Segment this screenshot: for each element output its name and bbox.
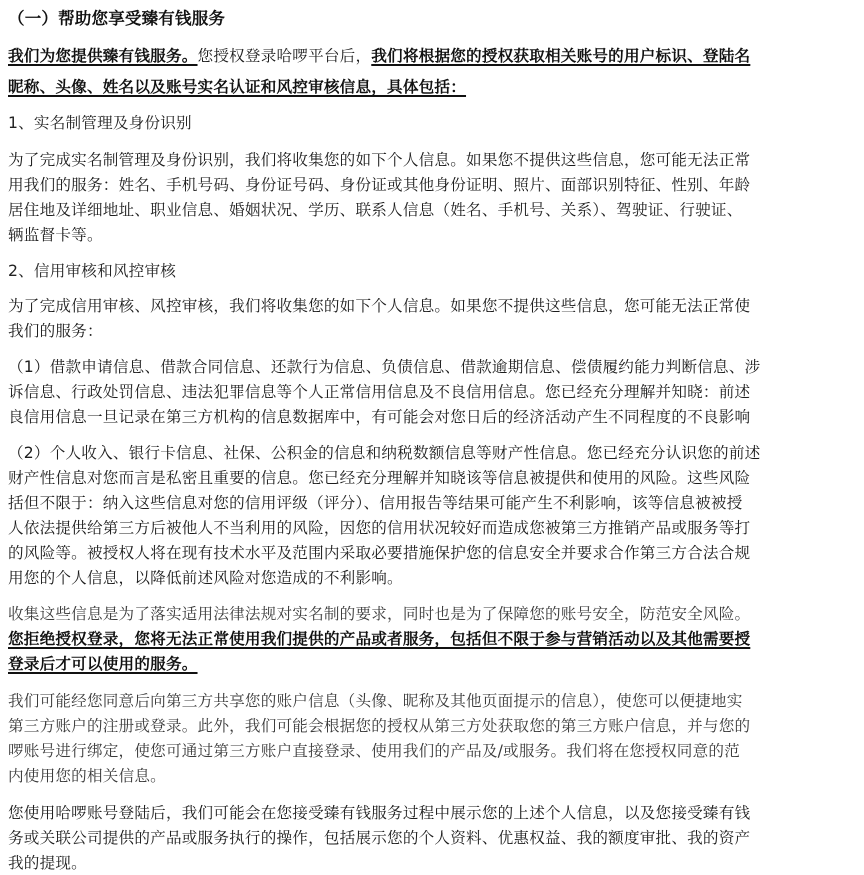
collection-warning-underlined: 登录后才可以使用的服务。 bbox=[8, 655, 198, 673]
item1-line: 居住地及详细地址、职业信息、婚姻状况、学历、联系人信息（姓名、手机号、关系）、驾… bbox=[8, 200, 743, 220]
item2-sub2-line: （2）个人收入、银行卡信息、社保、公积金的信息和纳税数额信息等财产性信息。您已经… bbox=[8, 443, 760, 463]
intro-line-2: 昵称、头像、姓名以及账号实名认证和风控审核信息，具体包括： bbox=[8, 77, 466, 97]
item1-line: 为了完成实名制管理及身份识别，我们将收集您的如下个人信息。如果您不提供这些信息，… bbox=[8, 150, 750, 170]
sharing-line: 啰账号进行绑定，使您可通过第三方账户直接登录、使用我们的产品及/或服务。我们将在… bbox=[8, 741, 740, 761]
collection-purpose: 收集这些信息是为了落实适用法律法规对实名制的要求，同时也是为了保障您的账号安全，… bbox=[8, 604, 750, 624]
display-line: 我的提现。 bbox=[8, 853, 87, 873]
item2-sub2-line: 人依法提供给第三方后被他人不当利用的风险，因您的信用状况较好而造成您被第三方推销… bbox=[8, 518, 750, 538]
item1-line: 辆监督卡等。 bbox=[8, 225, 103, 245]
collection-warning-line: 登录后才可以使用的服务。 bbox=[8, 654, 198, 674]
intro-underlined-2: 我们将根据您的授权获取相关账号的用户标识、登陆名 bbox=[371, 47, 750, 65]
item2-sub1-line: （1）借款申请信息、借款合同信息、还款行为信息、负债信息、借款逾期信息、偿债履约… bbox=[8, 357, 760, 377]
item2-sub2-line: 财产性信息对您而言是私密且重要的信息。您已经充分理解并知晓该等信息被提供和使用的… bbox=[8, 468, 750, 488]
item2-title: 2、信用审核和风控审核 bbox=[8, 261, 176, 281]
sharing-line: 第三方账户的注册或登录。此外，我们可能会根据您的授权从第三方处获取您的第三方账户… bbox=[8, 716, 750, 736]
sharing-line: 内使用您的相关信息。 bbox=[8, 766, 166, 786]
item2-sub2-line: 的风险等。被授权人将在现有技术水平及范围内采取必要措施保护您的信息安全并要求合作… bbox=[8, 543, 750, 563]
item2-sub2-line: 括但不限于：纳入这些信息对您的信用评级（评分）、信用报告等结果可能产生不利影响，… bbox=[8, 493, 743, 513]
intro-underlined-1: 我们为您提供臻有钱服务。 bbox=[8, 47, 198, 65]
item2-line: 为了完成信用审核、风控审核，我们将收集您的如下个人信息。如果您不提供这些信息，您… bbox=[8, 296, 750, 316]
collection-warning-underlined: 您拒绝授权登录，您将无法正常使用我们提供的产品或者服务，包括但不限于参与营销活动… bbox=[8, 630, 750, 648]
display-line: 您使用哈啰账号登陆后，我们可能会在您接受臻有钱服务过程中展示您的上述个人信息，以… bbox=[8, 803, 750, 823]
item1-line: 用我们的服务：姓名、手机号码、身份证号码、身份证或其他身份证明、照片、面部识别特… bbox=[8, 175, 750, 195]
intro-plain: 您授权登录哈啰平台后， bbox=[198, 47, 372, 65]
display-line: 务或关联公司提供的产品或服务执行的操作，包括展示您的个人资料、优惠权益、我的额度… bbox=[8, 828, 750, 848]
item2-sub1-line: 良信用信息一旦记录在第三方机构的信息数据库中，有可能会对您日后的经济活动产生不同… bbox=[8, 407, 750, 427]
section-title: （一）帮助您享受臻有钱服务 bbox=[8, 9, 225, 29]
sharing-line: 我们可能经您同意后向第三方共享您的账户信息（头像、昵称及其他页面提示的信息），使… bbox=[8, 691, 743, 711]
item2-line: 我们的服务： bbox=[8, 321, 103, 341]
intro-line-1: 我们为您提供臻有钱服务。您授权登录哈啰平台后，我们将根据您的授权获取相关账号的用… bbox=[8, 46, 750, 66]
collection-warning-line: 您拒绝授权登录，您将无法正常使用我们提供的产品或者服务，包括但不限于参与营销活动… bbox=[8, 629, 750, 649]
intro-underlined-3: 昵称、头像、姓名以及账号实名认证和风控审核信息，具体包括： bbox=[8, 78, 466, 96]
item2-sub2-line: 用您的个人信息，以降低前述风险对您造成的不利影响。 bbox=[8, 568, 403, 588]
item1-title: 1、实名制管理及身份识别 bbox=[8, 113, 192, 133]
item2-sub1-line: 诉信息、行政处罚信息、违法犯罪信息等个人正常信用信息及不良信用信息。您已经充分理… bbox=[8, 382, 750, 402]
